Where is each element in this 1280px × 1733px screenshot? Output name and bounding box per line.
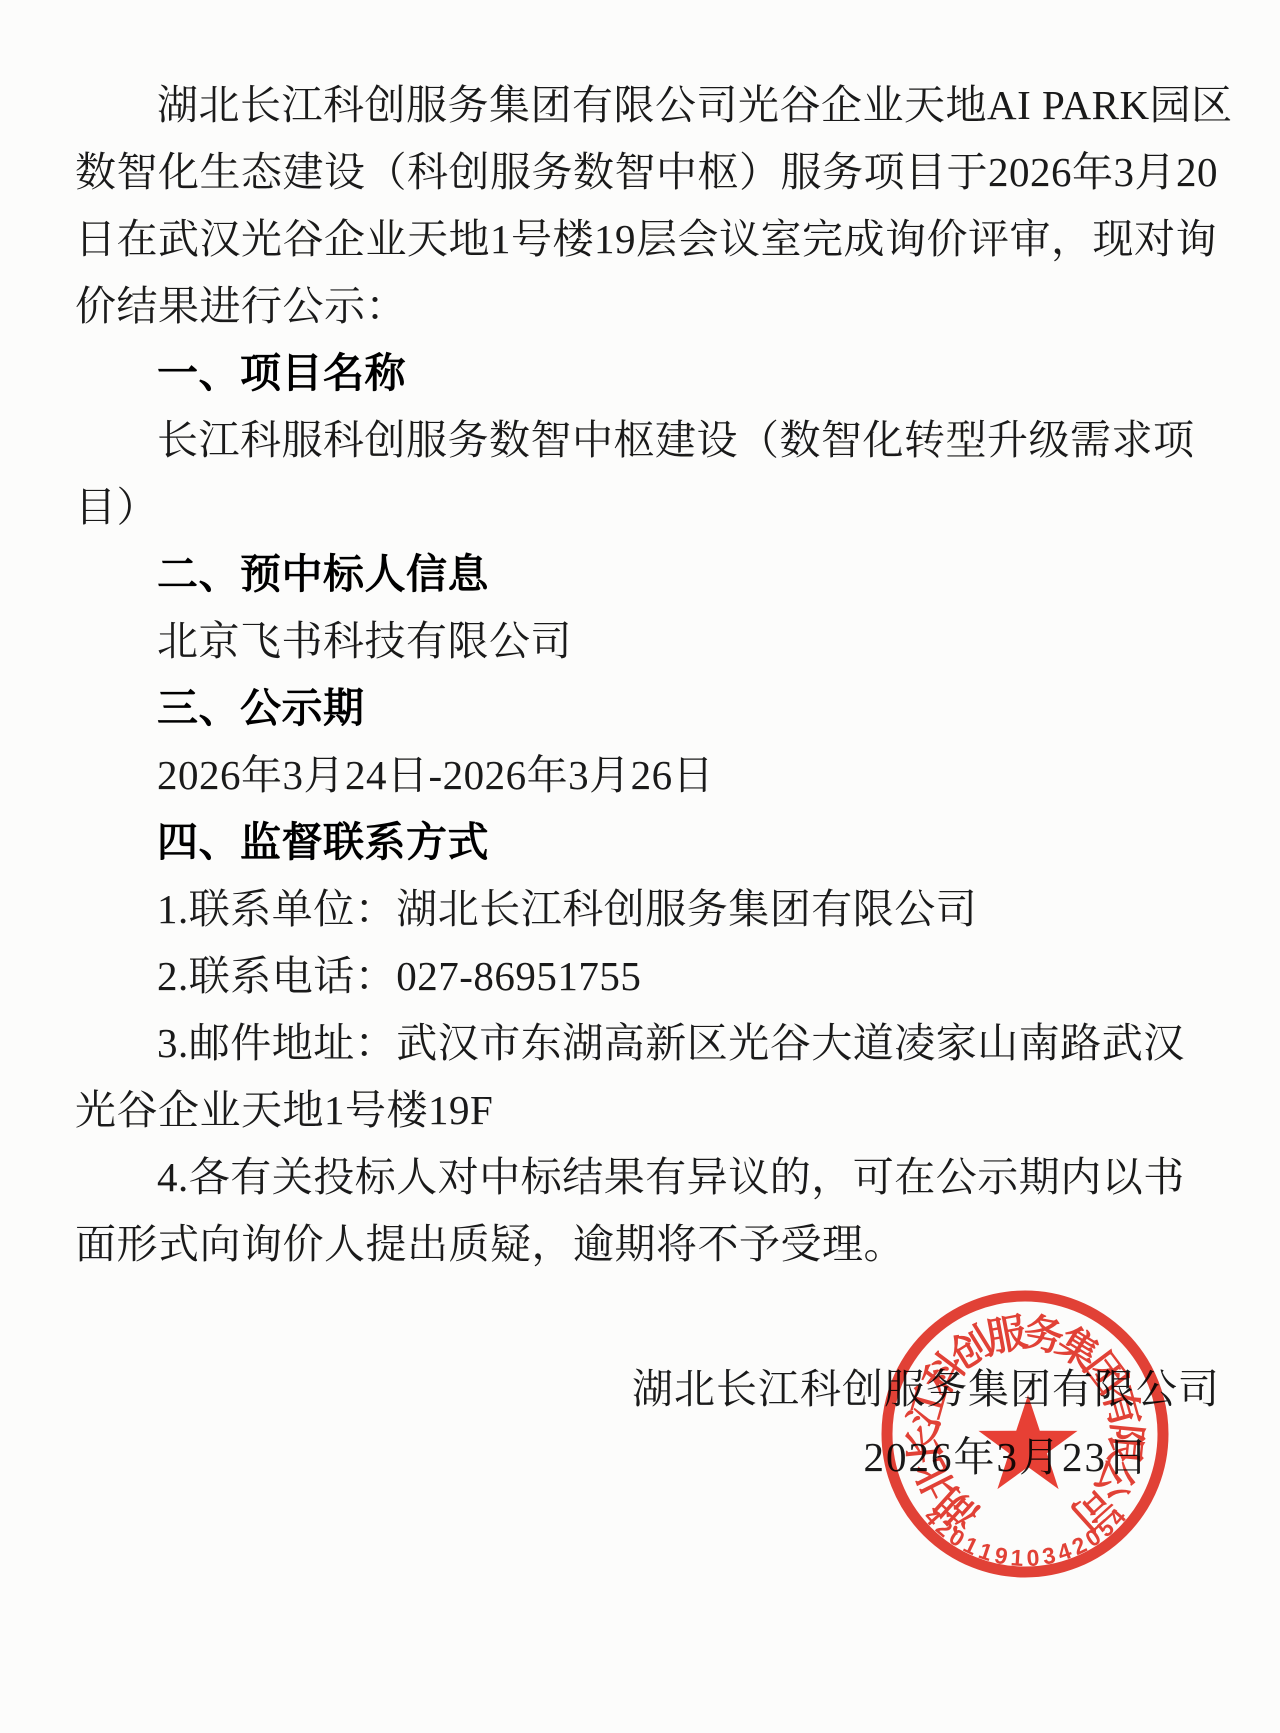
document-line: 光谷企业天地1号楼19F bbox=[75, 1077, 1220, 1144]
stamp-number-char: 4 bbox=[1054, 1537, 1075, 1566]
stamp-ring-char: 司 bbox=[1062, 1479, 1121, 1538]
stamp-number-char: 1 bbox=[959, 1531, 982, 1560]
section-heading: 二、预中标人信息 bbox=[75, 541, 1220, 608]
section-heading: 一、项目名称 bbox=[75, 340, 1220, 407]
stamp-number-char: 4 bbox=[919, 1504, 947, 1531]
document-page: 湖北长江科创服务集团有限公司光谷企业天地AI PARK园区数智化生态建设（科创服… bbox=[0, 0, 1280, 1733]
stamp-ring-char: 湖 bbox=[929, 1479, 988, 1538]
document-line: 4.各有关投标人对中标结果有异议的，可在公示期内以书 bbox=[75, 1144, 1220, 1211]
stamp-number-char: 2 bbox=[1068, 1531, 1091, 1560]
stamp-number-char: 5 bbox=[1092, 1514, 1119, 1542]
stamp-ring-char: 务 bbox=[1020, 1310, 1067, 1361]
stamp-number-char: 1 bbox=[1010, 1544, 1025, 1571]
document-line: 日在武汉光谷企业天地1号楼19层会议室完成询价评审，现对询 bbox=[75, 206, 1220, 273]
document-line: 数智化生态建设（科创服务数智中枢）服务项目于2026年3月20 bbox=[75, 139, 1220, 206]
document-line: 面形式向询价人提出质疑，逾期将不予受理。 bbox=[75, 1211, 1220, 1278]
document-line: 目） bbox=[75, 474, 1220, 541]
stamp-number-char: 0 bbox=[1026, 1544, 1040, 1571]
document-line: 长江科服科创服务数智中枢建设（数智化转型升级需求项 bbox=[75, 407, 1220, 474]
document-line: 2.联系电话：027-86951755 bbox=[75, 943, 1220, 1010]
stamp-number-char: 4 bbox=[1103, 1503, 1131, 1530]
stamp-number-char: 0 bbox=[945, 1523, 970, 1552]
signature-date: 2026年3月23日 bbox=[864, 1424, 1151, 1483]
document-line: 北京飞书科技有限公司 bbox=[75, 608, 1220, 675]
stamp-number: 42011910342054 bbox=[919, 1503, 1131, 1571]
document-line: 价结果进行公示： bbox=[75, 273, 1220, 340]
stamp-ring-char: 服 bbox=[983, 1310, 1030, 1361]
stamp-number-char: 1 bbox=[976, 1537, 997, 1566]
document-line: 3.邮件地址：武汉市东湖高新区光谷大道凌家山南路武汉 bbox=[75, 1010, 1220, 1077]
stamp-number-char: 9 bbox=[992, 1542, 1010, 1570]
stamp-number-char: 0 bbox=[1081, 1523, 1106, 1552]
document-text: 湖北长江科创服务集团有限公司光谷企业天地AI PARK园区数智化生态建设（科创服… bbox=[75, 72, 1220, 1278]
document-line: 1.联系单位：湖北长江科创服务集团有限公司 bbox=[75, 876, 1220, 943]
signature-company: 湖北长江科创服务集团有限公司 bbox=[632, 1356, 1220, 1415]
document-line: 2026年3月24日-2026年3月26日 bbox=[75, 742, 1220, 809]
document-line: 湖北长江科创服务集团有限公司光谷企业天地AI PARK园区 bbox=[75, 72, 1220, 139]
section-heading: 四、监督联系方式 bbox=[75, 809, 1220, 876]
section-heading: 三、公示期 bbox=[75, 675, 1220, 742]
stamp-number-char: 2 bbox=[931, 1514, 958, 1542]
stamp-number-char: 3 bbox=[1040, 1542, 1058, 1570]
